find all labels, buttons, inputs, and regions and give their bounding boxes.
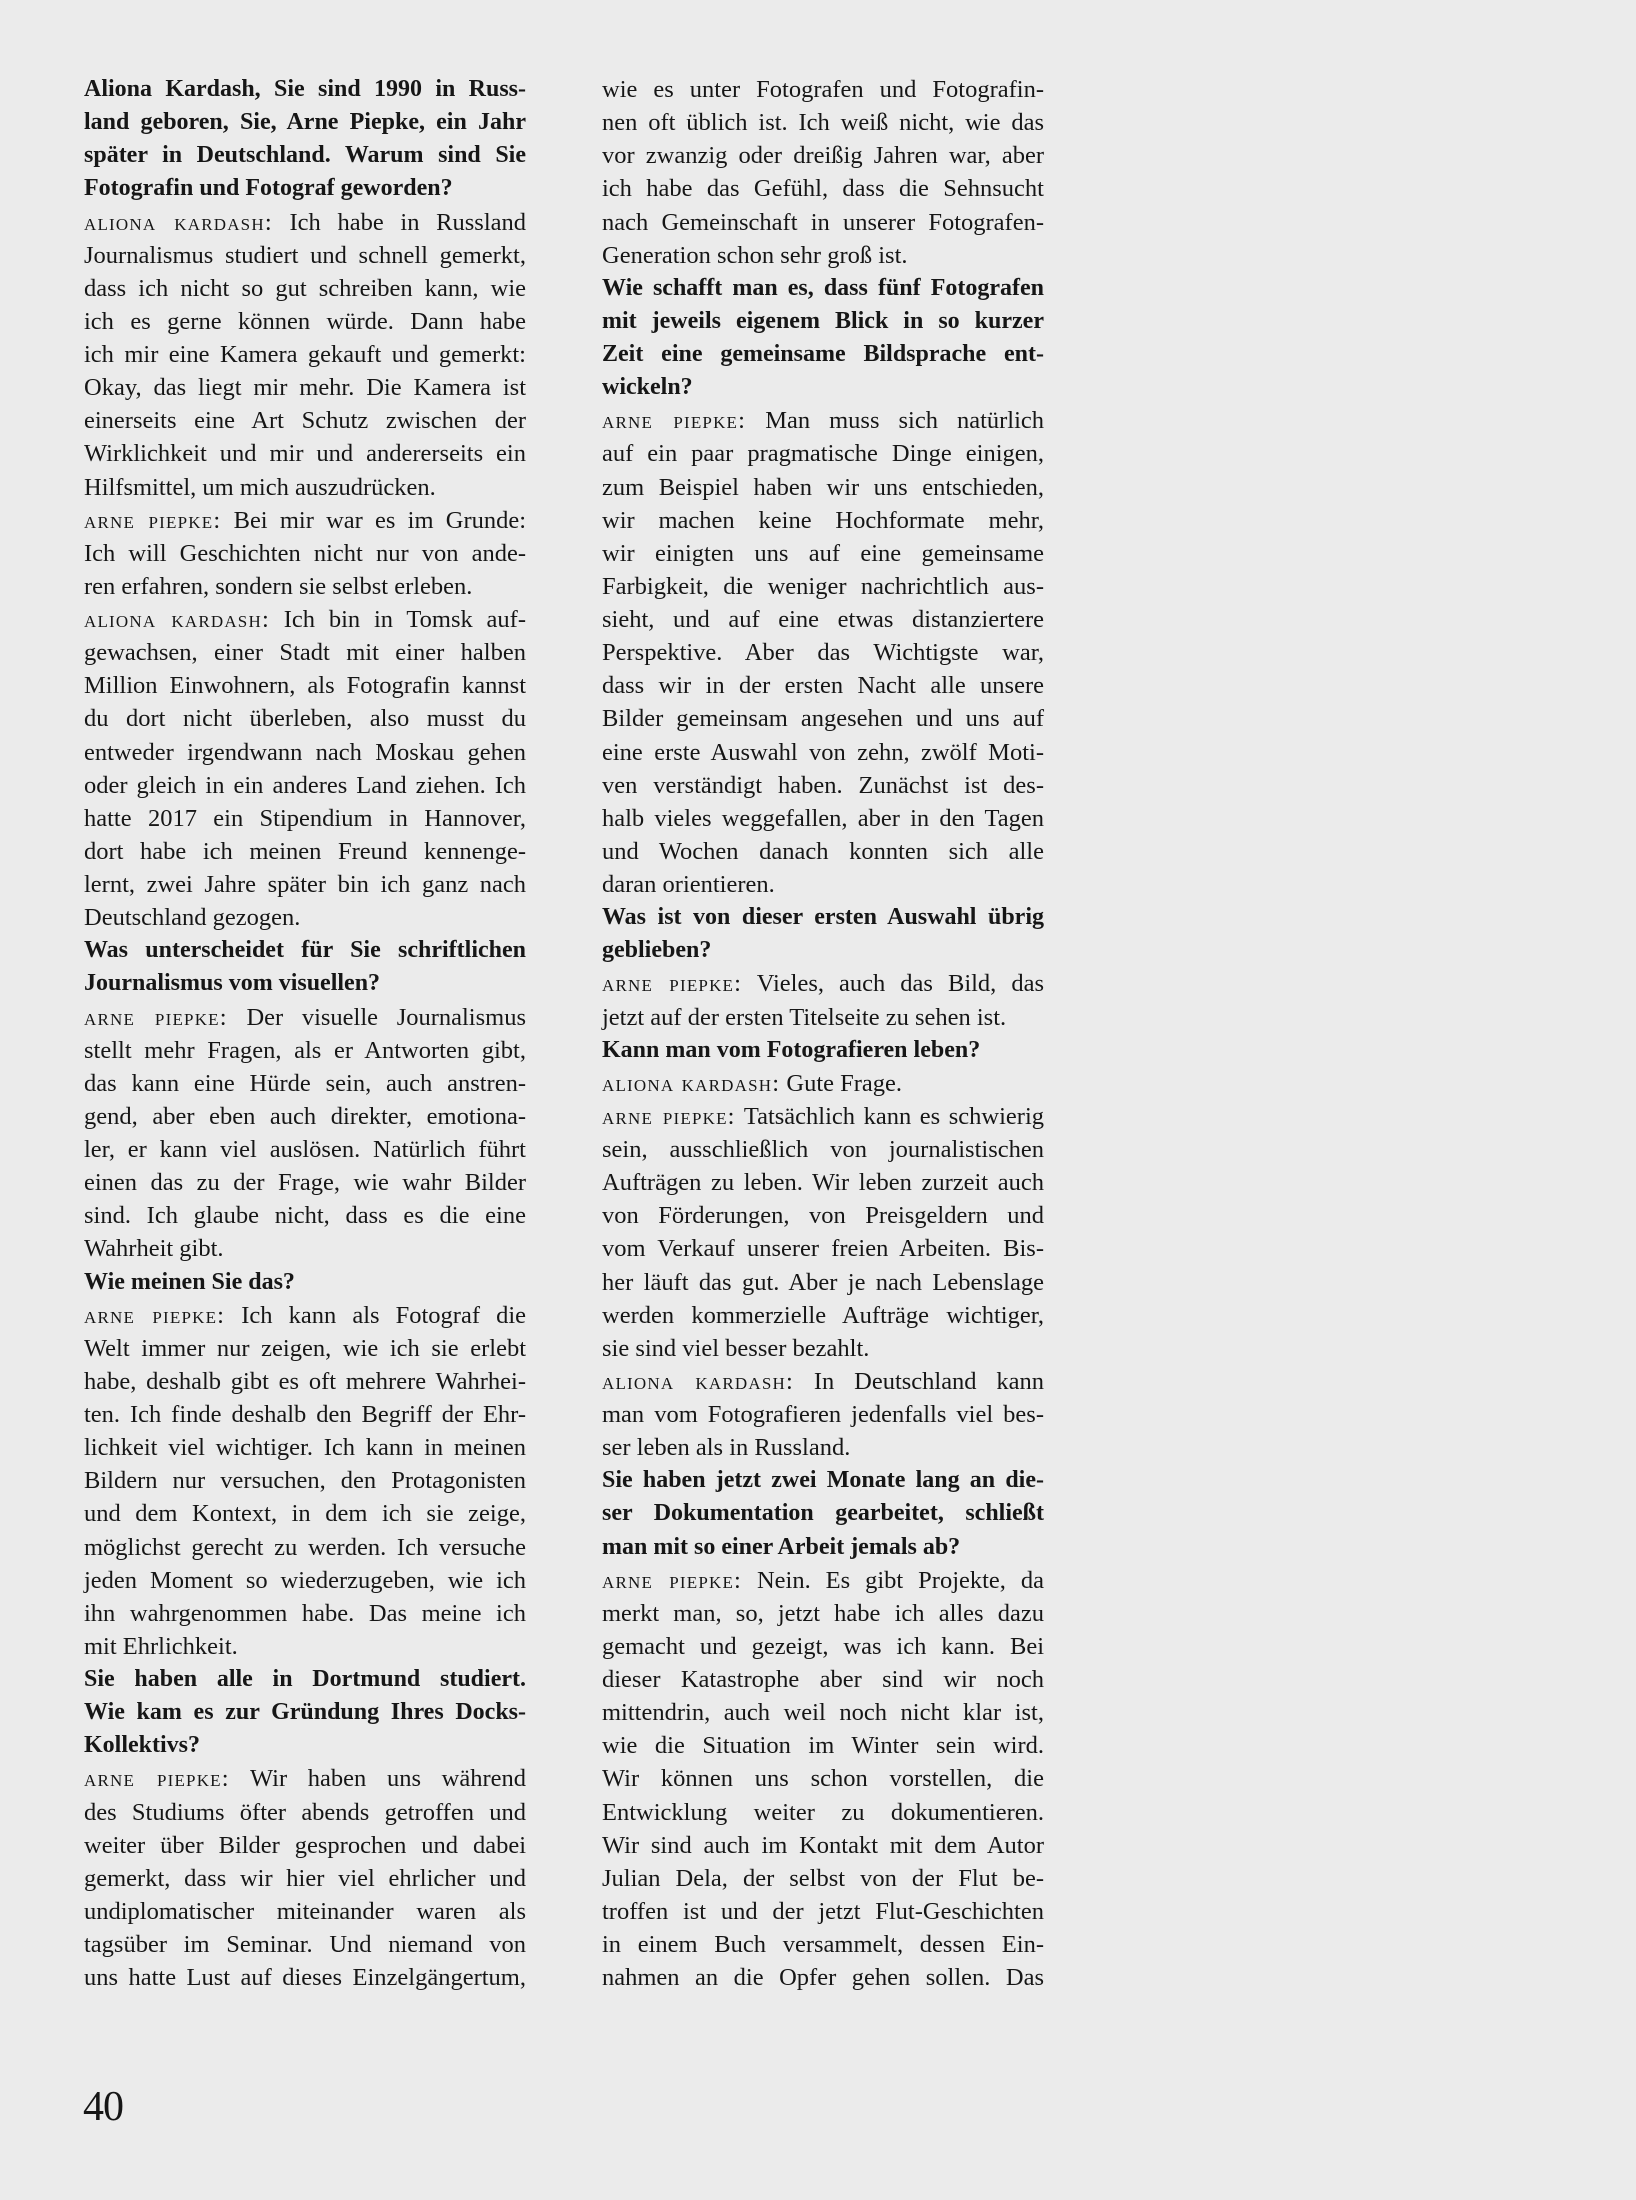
question-line: später in Deutschland. Warum sind Sie: [84, 139, 526, 172]
speaker-label: Aliona Kardash:: [602, 1368, 794, 1395]
line-text: Hilfsmittel, um mich auszudrücken.: [84, 474, 436, 501]
speaker-label: Arne Piepke:: [84, 1765, 230, 1792]
answer-line: wie es unter Fotografen und Fotografin-: [602, 73, 1044, 106]
line-text: Wie meinen Sie das?: [84, 1269, 295, 1295]
line-text: ser Dokumentation gearbeitet, schließt: [602, 1500, 1044, 1526]
answer-line: sind. Ich glaube nicht, dass es die eine: [84, 1199, 526, 1232]
line-text: Wir sind auch im Kontakt mit dem Autor: [602, 1832, 1044, 1859]
line-text: ven verständigt haben. Zunächst ist des-: [602, 772, 1044, 799]
line-text: oder gleich in ein anderes Land ziehen. …: [84, 772, 526, 799]
line-text: ser leben als in Russland.: [602, 1434, 850, 1461]
question-line: wickeln?: [602, 371, 1044, 404]
line-text: wickeln?: [602, 374, 693, 400]
line-text: vor zwanzig oder dreißig Jahren war, abe…: [602, 142, 1044, 169]
line-text: zum Beispiel haben wir uns entschieden,: [602, 474, 1044, 501]
line-text: Bilder gemeinsam angesehen und uns auf: [602, 705, 1044, 732]
answer-line: nen oft üblich ist. Ich weiß nicht, wie …: [602, 106, 1044, 139]
line-text: ich es gerne können würde. Dann habe: [84, 308, 526, 335]
answer-line: halb vieles weggefallen, aber in den Tag…: [602, 802, 1044, 835]
answer-line: nach Gemeinschaft in unserer Fotografen-: [602, 206, 1044, 239]
line-text: Was ist von dieser ersten Auswahl übrig: [602, 904, 1044, 930]
line-text: Wahrheit gibt.: [84, 1235, 224, 1262]
speaker-label: Arne Piepke:: [84, 1004, 228, 1031]
speaker-label: Arne Piepke:: [84, 507, 221, 534]
line-text: uns hatte Lust auf dieses Einzelgängertu…: [84, 1964, 526, 1991]
answer-line: nahmen an die Opfer gehen sollen. Das: [602, 1961, 1044, 1994]
answer-line: wir einigten uns auf eine gemeinsame: [602, 537, 1044, 570]
line-text: in einem Buch versammelt, dessen Ein-: [602, 1931, 1044, 1958]
line-text: Aliona Kardash, Sie sind 1990 in Russ-: [84, 76, 526, 102]
line-text: stellt mehr Fragen, als er Antworten gib…: [84, 1037, 526, 1064]
line-text: dass ich nicht so gut schreiben kann, wi…: [84, 275, 526, 302]
line-text: Man muss sich natürlich: [765, 407, 1044, 434]
line-text: Journalismus studiert und schnell gemerk…: [84, 242, 526, 269]
line-text: Bei mir war es im Grunde:: [234, 507, 526, 534]
answer-line: Bildern nur versuchen, den Protagonisten: [84, 1464, 526, 1497]
answer-line: Arne Piepke: Vieles, auch das Bild, das: [602, 967, 1044, 1000]
line-text: Million Einwohnern, als Fotografin kanns…: [84, 672, 526, 699]
answer-line: Million Einwohnern, als Fotografin kanns…: [84, 669, 526, 702]
answer-line: Perspektive. Aber das Wichtigste war,: [602, 636, 1044, 669]
line-text: sie sind viel besser bezahlt.: [602, 1335, 869, 1362]
question-line: Sie haben jetzt zwei Monate lang an die-: [602, 1464, 1044, 1497]
answer-line: Aliona Kardash: Ich habe in Russland: [84, 206, 526, 239]
answer-line: des Studiums öfter abends getroffen und: [84, 1796, 526, 1829]
line-text: jeden Moment so wiederzugeben, wie ich: [84, 1567, 526, 1594]
answer-line: gend, aber eben auch direkter, emotiona-: [84, 1100, 526, 1133]
line-text: Fotografin und Fotograf geworden?: [84, 175, 453, 201]
line-text: werden kommerzielle Aufträge wichtiger,: [602, 1302, 1044, 1329]
answer-line: möglichst gerecht zu werden. Ich versuch…: [84, 1531, 526, 1564]
answer-line: ren erfahren, sondern sie selbst erleben…: [84, 570, 526, 603]
answer-line: zum Beispiel haben wir uns entschieden,: [602, 471, 1044, 504]
answer-line: auf ein paar pragmatische Dinge einigen,: [602, 437, 1044, 470]
question-line: Was ist von dieser ersten Auswahl übrig: [602, 901, 1044, 934]
line-text: ren erfahren, sondern sie selbst erleben…: [84, 573, 472, 600]
answer-line: gewachsen, einer Stadt mit einer halben: [84, 636, 526, 669]
question-line: Aliona Kardash, Sie sind 1990 in Russ-: [84, 73, 526, 106]
question-line: Kollektivs?: [84, 1729, 526, 1762]
answer-line: Wahrheit gibt.: [84, 1232, 526, 1265]
line-text: merkt man, so, jetzt habe ich alles dazu: [602, 1600, 1044, 1627]
line-text: einen das zu der Frage, wie wahr Bilder: [84, 1169, 526, 1196]
line-text: nen oft üblich ist. Ich weiß nicht, wie …: [602, 109, 1044, 136]
answer-line: stellt mehr Fragen, als er Antworten gib…: [84, 1034, 526, 1067]
line-text: sein, ausschließlich von journalistische…: [602, 1136, 1044, 1163]
line-text: gemacht und gezeigt, was ich kann. Bei: [602, 1633, 1044, 1660]
line-text: undiplomatischer miteinander waren als: [84, 1898, 526, 1925]
answer-line: wie die Situation im Winter sein wird.: [602, 1729, 1044, 1762]
line-text: ich mir eine Kamera gekauft und gemerkt:: [84, 341, 526, 368]
answer-line: Aliona Kardash: Ich bin in Tomsk auf-: [84, 603, 526, 636]
answer-line: wir machen keine Hochformate mehr,: [602, 504, 1044, 537]
answer-line: in einem Buch versammelt, dessen Ein-: [602, 1928, 1044, 1961]
line-text: ler, er kann viel auslösen. Natürlich fü…: [84, 1136, 526, 1163]
answer-line: undiplomatischer miteinander waren als: [84, 1895, 526, 1928]
line-text: mit Ehrlichkeit.: [84, 1633, 238, 1660]
answer-line: vor zwanzig oder dreißig Jahren war, abe…: [602, 139, 1044, 172]
line-text: Generation schon sehr groß ist.: [602, 242, 908, 269]
line-text: sieht, und auf eine etwas distanziertere: [602, 606, 1044, 633]
line-text: lernt, zwei Jahre später bin ich ganz na…: [84, 871, 526, 898]
line-text: land geboren, Sie, Arne Piepke, ein Jahr: [84, 109, 526, 135]
question-line: man mit so einer Arbeit jemals ab?: [602, 1531, 1044, 1564]
question-line: Journalismus vom visuellen?: [84, 967, 526, 1000]
speaker-label: Arne Piepke:: [84, 1302, 225, 1329]
line-text: das kann eine Hürde sein, auch anstren-: [84, 1070, 526, 1097]
question-line: Was unterscheidet für Sie schriftlichen: [84, 934, 526, 967]
line-text: dieser Katastrophe aber sind wir noch: [602, 1666, 1044, 1693]
line-text: jetzt auf der ersten Titelseite zu sehen…: [602, 1004, 1006, 1031]
line-text: Wir haben uns während: [250, 1765, 526, 1792]
line-text: Ich will Geschichten nicht nur von ande-: [84, 540, 526, 567]
question-line: Wie schafft man es, dass fünf Fotografen: [602, 272, 1044, 305]
answer-line: ich es gerne können würde. Dann habe: [84, 305, 526, 338]
line-text: mittendrin, auch weil noch nicht klar is…: [602, 1699, 1044, 1726]
line-text: tagsüber im Seminar. Und niemand von: [84, 1931, 526, 1958]
question-line: Wie meinen Sie das?: [84, 1266, 526, 1299]
line-text: In Deutschland kann: [814, 1368, 1044, 1395]
answer-line: du dort nicht überleben, also musst du: [84, 702, 526, 735]
answer-line: Aliona Kardash: Gute Frage.: [602, 1067, 1044, 1100]
answer-line: Arne Piepke: Ich kann als Fotograf die: [84, 1299, 526, 1332]
question-line: land geboren, Sie, Arne Piepke, ein Jahr: [84, 106, 526, 139]
line-text: und Wochen danach konnten sich alle: [602, 838, 1044, 865]
answer-line: dass ich nicht so gut schreiben kann, wi…: [84, 272, 526, 305]
question-line: Wie kam es zur Gründung Ihres Docks-: [84, 1696, 526, 1729]
answer-line: hatte 2017 ein Stipendium in Hannover,: [84, 802, 526, 835]
line-text: Okay, das liegt mir mehr. Die Kamera ist: [84, 374, 526, 401]
line-text: mit jeweils eigenem Blick in so kurzer: [602, 308, 1044, 334]
line-text: ihn wahrgenommen habe. Das meine ich: [84, 1600, 526, 1627]
answer-line: sein, ausschließlich von journalistische…: [602, 1133, 1044, 1166]
question-line: mit jeweils eigenem Blick in so kurzer: [602, 305, 1044, 338]
line-text: Sie haben jetzt zwei Monate lang an die-: [602, 1467, 1044, 1493]
answer-line: Generation schon sehr groß ist.: [602, 239, 1044, 272]
question-line: Zeit eine gemeinsame Bildsprache ent-: [602, 338, 1044, 371]
question-line: geblieben?: [602, 934, 1044, 967]
answer-line: ich mir eine Kamera gekauft und gemerkt:: [84, 338, 526, 371]
line-text: Nein. Es gibt Projekte, da: [757, 1567, 1044, 1594]
line-text: Ich kann als Fotograf die: [241, 1302, 526, 1329]
line-text: Bildern nur versuchen, den Protagonisten: [84, 1467, 526, 1494]
line-text: möglichst gerecht zu werden. Ich versuch…: [84, 1534, 526, 1561]
line-text: einerseits eine Art Schutz zwischen der: [84, 407, 526, 434]
answer-line: troffen ist und der jetzt Flut-Geschicht…: [602, 1895, 1044, 1928]
answer-line: einen das zu der Frage, wie wahr Bilder: [84, 1166, 526, 1199]
answer-line: ven verständigt haben. Zunächst ist des-: [602, 769, 1044, 802]
answer-line: oder gleich in ein anderes Land ziehen. …: [84, 769, 526, 802]
line-text: geblieben?: [602, 937, 711, 963]
question-line: ser Dokumentation gearbeitet, schließt: [602, 1497, 1044, 1530]
answer-line: vom Verkauf unserer freien Arbeiten. Bis…: [602, 1232, 1044, 1265]
question-line: Kann man vom Fotografieren leben?: [602, 1034, 1044, 1067]
line-text: auf ein paar pragmatische Dinge einigen,: [602, 440, 1044, 467]
answer-line: dieser Katastrophe aber sind wir noch: [602, 1663, 1044, 1696]
line-text: wie es unter Fotografen und Fotografin-: [602, 76, 1044, 103]
answer-line: sie sind viel besser bezahlt.: [602, 1332, 1044, 1365]
line-text: später in Deutschland. Warum sind Sie: [84, 142, 526, 168]
answer-line: entweder irgendwann nach Moskau gehen: [84, 736, 526, 769]
line-text: Tatsächlich kann es schwierig: [744, 1103, 1044, 1130]
speaker-label: Arne Piepke:: [602, 970, 742, 997]
line-text: Der visuelle Journalismus: [246, 1004, 526, 1031]
answer-line: Ich will Geschichten nicht nur von ande-: [84, 537, 526, 570]
text-column-left: Aliona Kardash, Sie sind 1990 in Russ-la…: [84, 73, 526, 1994]
answer-line: gemacht und gezeigt, was ich kann. Bei: [602, 1630, 1044, 1663]
speaker-label: Arne Piepke:: [602, 407, 746, 434]
answer-line: ich habe das Gefühl, dass die Sehnsucht: [602, 172, 1044, 205]
speaker-label: Arne Piepke:: [602, 1103, 736, 1130]
speaker-label: Arne Piepke:: [602, 1567, 742, 1594]
answer-line: Arne Piepke: Bei mir war es im Grunde:: [84, 504, 526, 537]
answer-line: jeden Moment so wiederzugeben, wie ich: [84, 1564, 526, 1597]
line-text: Wie schafft man es, dass fünf Fotografen: [602, 275, 1044, 301]
answer-line: Farbigkeit, die weniger nachrichtlich au…: [602, 570, 1044, 603]
answer-line: Arne Piepke: Wir haben uns während: [84, 1762, 526, 1795]
line-text: wir machen keine Hochformate mehr,: [602, 507, 1044, 534]
answer-line: Entwicklung weiter zu dokumentieren.: [602, 1796, 1044, 1829]
answer-line: ten. Ich finde deshalb den Begriff der E…: [84, 1398, 526, 1431]
answer-line: Bilder gemeinsam angesehen und uns auf: [602, 702, 1044, 735]
answer-line: gemerkt, dass wir hier viel ehrlicher un…: [84, 1862, 526, 1895]
line-text: Journalismus vom visuellen?: [84, 970, 380, 996]
answer-line: Okay, das liegt mir mehr. Die Kamera ist: [84, 371, 526, 404]
line-text: Wir können uns schon vorstellen, die: [602, 1765, 1044, 1792]
question-line: Fotografin und Fotograf geworden?: [84, 172, 526, 205]
line-text: eine erste Auswahl von zehn, zwölf Moti-: [602, 739, 1044, 766]
answer-line: mittendrin, auch weil noch nicht klar is…: [602, 1696, 1044, 1729]
line-text: gend, aber eben auch direkter, emotiona-: [84, 1103, 526, 1130]
answer-line: Welt immer nur zeigen, wie ich sie erleb…: [84, 1332, 526, 1365]
answer-line: weiter über Bilder gesprochen und dabei: [84, 1829, 526, 1862]
line-text: Zeit eine gemeinsame Bildsprache ent-: [602, 341, 1044, 367]
answer-line: und dem Kontext, in dem ich sie zeige,: [84, 1497, 526, 1530]
line-text: hatte 2017 ein Stipendium in Hannover,: [84, 805, 526, 832]
answer-line: Aliona Kardash: In Deutschland kann: [602, 1365, 1044, 1398]
answer-line: Deutschland gezogen.: [84, 901, 526, 934]
answer-line: her läuft das gut. Aber je nach Lebensla…: [602, 1266, 1044, 1299]
line-text: habe, deshalb gibt es oft mehrere Wahrhe…: [84, 1368, 526, 1395]
line-text: her läuft das gut. Aber je nach Lebensla…: [602, 1269, 1044, 1296]
line-text: Gute Frage.: [786, 1070, 902, 1097]
speaker-label: Aliona Kardash:: [84, 209, 273, 236]
line-text: nach Gemeinschaft in unserer Fotografen-: [602, 209, 1044, 236]
line-text: wie die Situation im Winter sein wird.: [602, 1732, 1044, 1759]
answer-line: uns hatte Lust auf dieses Einzelgängertu…: [84, 1961, 526, 1994]
line-text: Deutschland gezogen.: [84, 904, 300, 931]
line-text: gemerkt, dass wir hier viel ehrlicher un…: [84, 1865, 526, 1892]
line-text: man vom Fotografieren jedenfalls viel be…: [602, 1401, 1044, 1428]
line-text: Perspektive. Aber das Wichtigste war,: [602, 639, 1044, 666]
answer-line: und Wochen danach konnten sich alle: [602, 835, 1044, 868]
answer-line: Arne Piepke: Der visuelle Journalismus: [84, 1001, 526, 1034]
line-text: Was unterscheidet für Sie schriftlichen: [84, 937, 526, 963]
line-text: dort habe ich meinen Freund kennenge-: [84, 838, 526, 865]
answer-line: Wir können uns schon vorstellen, die: [602, 1762, 1044, 1795]
answer-line: Julian Dela, der selbst von der Flut be-: [602, 1862, 1044, 1895]
answer-line: dort habe ich meinen Freund kennenge-: [84, 835, 526, 868]
line-text: Wirklichkeit und mir und andererseits ei…: [84, 440, 526, 467]
answer-line: ihn wahrgenommen habe. Das meine ich: [84, 1597, 526, 1630]
answer-line: werden kommerzielle Aufträge wichtiger,: [602, 1299, 1044, 1332]
line-text: Farbigkeit, die weniger nachrichtlich au…: [602, 573, 1044, 600]
line-text: halb vieles weggefallen, aber in den Tag…: [602, 805, 1044, 832]
speaker-label: Aliona Kardash:: [84, 606, 270, 633]
page-number: 40: [83, 2084, 123, 2130]
answer-line: sieht, und auf eine etwas distanziertere: [602, 603, 1044, 636]
answer-line: dass wir in der ersten Nacht alle unsere: [602, 669, 1044, 702]
answer-line: lernt, zwei Jahre später bin ich ganz na…: [84, 868, 526, 901]
answer-line: Arne Piepke: Nein. Es gibt Projekte, da: [602, 1564, 1044, 1597]
answer-line: merkt man, so, jetzt habe ich alles dazu: [602, 1597, 1044, 1630]
answer-line: Arne Piepke: Man muss sich natürlich: [602, 404, 1044, 437]
line-text: nahmen an die Opfer gehen sollen. Das: [602, 1964, 1044, 1991]
line-text: daran orientieren.: [602, 871, 775, 898]
line-text: dass wir in der ersten Nacht alle unsere: [602, 672, 1044, 699]
line-text: ten. Ich finde deshalb den Begriff der E…: [84, 1401, 526, 1428]
question-line: Sie haben alle in Dortmund studiert.: [84, 1663, 526, 1696]
speaker-label: Aliona Kardash:: [602, 1070, 780, 1097]
line-text: wir einigten uns auf eine gemeinsame: [602, 540, 1044, 567]
line-text: troffen ist und der jetzt Flut-Geschicht…: [602, 1898, 1044, 1925]
answer-line: daran orientieren.: [602, 868, 1044, 901]
line-text: und dem Kontext, in dem ich sie zeige,: [84, 1500, 526, 1527]
line-text: von Förderungen, von Preisgeldern und: [602, 1202, 1044, 1229]
line-text: weiter über Bilder gesprochen und dabei: [84, 1832, 526, 1859]
line-text: Entwicklung weiter zu dokumentieren.: [602, 1799, 1044, 1826]
answer-line: Journalismus studiert und schnell gemerk…: [84, 239, 526, 272]
answer-line: das kann eine Hürde sein, auch anstren-: [84, 1067, 526, 1100]
answer-line: einerseits eine Art Schutz zwischen der: [84, 404, 526, 437]
answer-line: von Förderungen, von Preisgeldern und: [602, 1199, 1044, 1232]
line-text: sind. Ich glaube nicht, dass es die eine: [84, 1202, 526, 1229]
line-text: Vieles, auch das Bild, das: [757, 970, 1044, 997]
line-text: gewachsen, einer Stadt mit einer halben: [84, 639, 526, 666]
line-text: vom Verkauf unserer freien Arbeiten. Bis…: [602, 1235, 1044, 1262]
line-text: ich habe das Gefühl, dass die Sehnsucht: [602, 175, 1044, 202]
line-text: entweder irgendwann nach Moskau gehen: [84, 739, 526, 766]
answer-line: tagsüber im Seminar. Und niemand von: [84, 1928, 526, 1961]
answer-line: Wirklichkeit und mir und andererseits ei…: [84, 437, 526, 470]
answer-line: man vom Fotografieren jedenfalls viel be…: [602, 1398, 1044, 1431]
answer-line: ler, er kann viel auslösen. Natürlich fü…: [84, 1133, 526, 1166]
line-text: Kollektivs?: [84, 1732, 200, 1758]
line-text: Wie kam es zur Gründung Ihres Docks-: [84, 1699, 526, 1725]
line-text: man mit so einer Arbeit jemals ab?: [602, 1534, 960, 1560]
line-text: Welt immer nur zeigen, wie ich sie erleb…: [84, 1335, 526, 1362]
line-text: Aufträgen zu leben. Wir leben zurzeit au…: [602, 1169, 1044, 1196]
text-column-right: wie es unter Fotografen und Fotografin-n…: [602, 73, 1044, 1994]
line-text: Kann man vom Fotografieren leben?: [602, 1037, 980, 1063]
line-text: lichkeit viel wichtiger. Ich kann in mei…: [84, 1434, 526, 1461]
answer-line: jetzt auf der ersten Titelseite zu sehen…: [602, 1001, 1044, 1034]
answer-line: habe, deshalb gibt es oft mehrere Wahrhe…: [84, 1365, 526, 1398]
line-text: Sie haben alle in Dortmund studiert.: [84, 1666, 526, 1692]
answer-line: lichkeit viel wichtiger. Ich kann in mei…: [84, 1431, 526, 1464]
answer-line: Arne Piepke: Tatsächlich kann es schwier…: [602, 1100, 1044, 1133]
line-text: des Studiums öfter abends getroffen und: [84, 1799, 526, 1826]
answer-line: Hilfsmittel, um mich auszudrücken.: [84, 471, 526, 504]
answer-line: Wir sind auch im Kontakt mit dem Autor: [602, 1829, 1044, 1862]
answer-line: Aufträgen zu leben. Wir leben zurzeit au…: [602, 1166, 1044, 1199]
line-text: Julian Dela, der selbst von der Flut be-: [602, 1865, 1044, 1892]
line-text: du dort nicht überleben, also musst du: [84, 705, 526, 732]
answer-line: mit Ehrlichkeit.: [84, 1630, 526, 1663]
answer-line: eine erste Auswahl von zehn, zwölf Moti-: [602, 736, 1044, 769]
line-text: Ich bin in Tomsk auf-: [284, 606, 526, 633]
line-text: Ich habe in Russland: [290, 209, 526, 236]
answer-line: ser leben als in Russland.: [602, 1431, 1044, 1464]
